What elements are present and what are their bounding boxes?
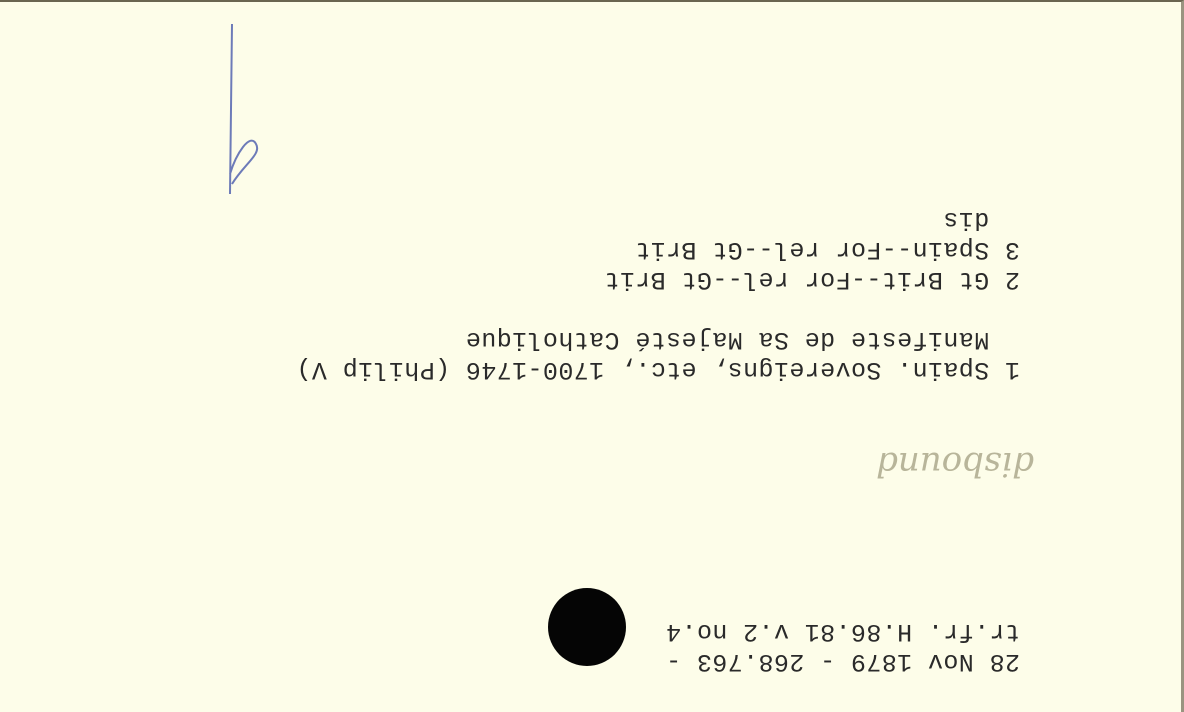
header-line-1: 28 Nov 1879 - 268.763 -: [666, 647, 1020, 676]
catalog-card: 28 Nov 1879 - 268.763 - tr.fr. H.86.81 v…: [0, 0, 1184, 712]
pen-mark-icon: [204, 4, 284, 204]
entry-line-3: 2 Gt Brit--For rel--Gt Brit: [604, 265, 1020, 294]
header-line-2: tr.fr. H.86.81 v.2 no.4: [666, 617, 1020, 646]
entry-line-2: Manifeste de Sa Majesté Catholique: [466, 325, 1021, 354]
handwritten-note: disbound: [876, 444, 1034, 484]
entry-line-5: dis: [943, 205, 1020, 234]
entry-line-4: 3 Spain--For rel--Gt Brit: [635, 235, 1020, 264]
punch-hole: [548, 588, 626, 666]
entry-line-1: 1 Spain. Sovereigns, etc., 1700-1746 (Ph…: [296, 355, 1020, 384]
card-content-rotated: 28 Nov 1879 - 268.763 - tr.fr. H.86.81 v…: [0, 2, 1184, 712]
